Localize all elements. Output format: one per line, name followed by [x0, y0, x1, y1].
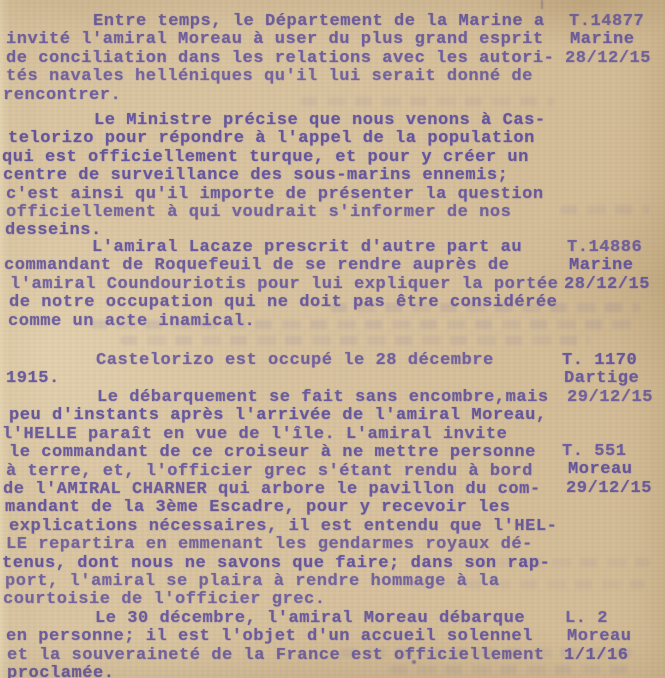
text-line: explications nécessaires, il est entendu…: [9, 518, 566, 536]
text-line: en personne; il est l'objet d'un accueil…: [6, 628, 566, 646]
text-line: Le débarquement se fait sans encombre,ma…: [7, 389, 566, 407]
text-line: centre de surveillance des sous-marins e…: [3, 167, 566, 185]
text-line: rencontrer.: [3, 87, 566, 105]
margin-note-line: Dartige: [564, 370, 664, 388]
text-line: Entre temps, le Département de la Marine…: [3, 13, 566, 31]
margin-note-line: Marine: [569, 257, 664, 275]
text-line: l'HELLE paraît en vue de l'île. L'amiral…: [2, 426, 566, 444]
document-page: Entre temps, le Département de la Marine…: [0, 0, 665, 678]
paragraph-4: Castelorizo est occupé le 28 décembre191…: [8, 352, 566, 389]
text-line: 1915.: [6, 370, 566, 388]
margin-note-line: Marine: [570, 31, 664, 49]
text-line: tés navales helléniques qu'il lui serait…: [6, 68, 566, 86]
text-line: de notre occupation qui ne doit pas être…: [9, 294, 566, 312]
text-line: et la souveraineté de la France est offi…: [7, 647, 566, 665]
margin-note-line: 29/12/15: [566, 480, 664, 498]
margin-note-line: Moreau: [568, 461, 664, 479]
paragraph-1: Entre temps, le Département de la Marine…: [8, 13, 566, 105]
margin-note-line: 28/12/15: [564, 276, 664, 294]
text-line: L'amiral Lacaze prescrit d'autre part au: [2, 239, 566, 257]
text-line: l'amiral Coundouriotis pour lui explique…: [10, 276, 566, 294]
margin-note-line: 1/1/16: [564, 647, 664, 665]
paragraph-2: Le Ministre précise que nous venons à Ca…: [8, 112, 566, 241]
margin-note-line: T.14877: [569, 13, 664, 31]
text-line: comme un acte inamical.: [8, 313, 566, 331]
margin-note-line: Moreau: [567, 628, 664, 646]
margin-note-3: T. 1170Dartige29/12/15: [568, 352, 664, 407]
text-line: invité l'amiral Moreau à user du plus gr…: [6, 31, 566, 49]
text-line: Castelorizo est occupé le 28 décembre: [6, 352, 566, 370]
margin-note-4: T. 551Moreau29/12/15: [568, 443, 664, 498]
margin-note-line: 28/12/15: [565, 50, 664, 68]
margin-note-line: T. 551: [562, 443, 664, 461]
paragraph-5: Le débarquement se fait sans encombre,ma…: [8, 389, 566, 610]
margin-note-5: L. 2Moreau1/1/16: [568, 610, 664, 665]
text-line: c'est ainsi qu'il importe de présenter l…: [6, 186, 566, 204]
text-line: peu d'instants après l'arrivée de l'amir…: [9, 407, 566, 425]
text-line: de conciliation dans les relations avec …: [6, 50, 566, 68]
text-line: LE repartira en emmenant les gendarmes r…: [6, 536, 566, 554]
text-line: mandant de la 3ème Escadre, pour y recev…: [5, 499, 566, 517]
text-line: Le Ministre précise que nous venons à Ca…: [4, 112, 566, 130]
text-line: qui est officiellement turque, et pour y…: [2, 149, 566, 167]
paragraph-6: Le 30 décembre, l'amiral Moreau débarque…: [8, 610, 566, 678]
text-line: telorizo pour répondre à l'appel de la p…: [8, 130, 566, 148]
text-line: port, l'amiral se plaira à rendre hommag…: [5, 573, 566, 591]
margin-note-line: 29/12/15: [567, 389, 664, 407]
margin-note-line: T.14886: [567, 239, 664, 257]
text-line: le commandant de ce croiseur à ne mettre…: [9, 444, 566, 462]
margin-note-2: T.14886Marine28/12/15: [568, 239, 664, 294]
text-line: courtoisie de l'officier grec.: [3, 591, 566, 609]
margin-note-1: T.14877Marine28/12/15: [568, 13, 664, 68]
text-line: officiellement à qui voudrait s'informer…: [6, 204, 566, 222]
margin-note-line: L. 2: [565, 610, 664, 628]
text-line: commandant de Roquefeuil de se rendre au…: [4, 257, 566, 275]
margin-column: T.14877Marine28/12/15T.14886Marine28/12/…: [568, 0, 665, 678]
text-column: Entre temps, le Département de la Marine…: [0, 0, 568, 678]
margin-note-line: T. 1170: [562, 352, 664, 370]
text-line: à terre, et, l'officier grec s'étant ren…: [6, 463, 566, 481]
paragraph-3: L'amiral Lacaze prescrit d'autre part au…: [8, 239, 566, 331]
text-line: de l'AMIRAL CHARNER qui arbore le pavill…: [3, 481, 566, 499]
text-line: tenus, dont nous ne savons que faire; da…: [2, 555, 566, 573]
text-line: proclamée.: [7, 665, 566, 678]
text-line: Le 30 décembre, l'amiral Moreau débarque: [5, 610, 566, 628]
